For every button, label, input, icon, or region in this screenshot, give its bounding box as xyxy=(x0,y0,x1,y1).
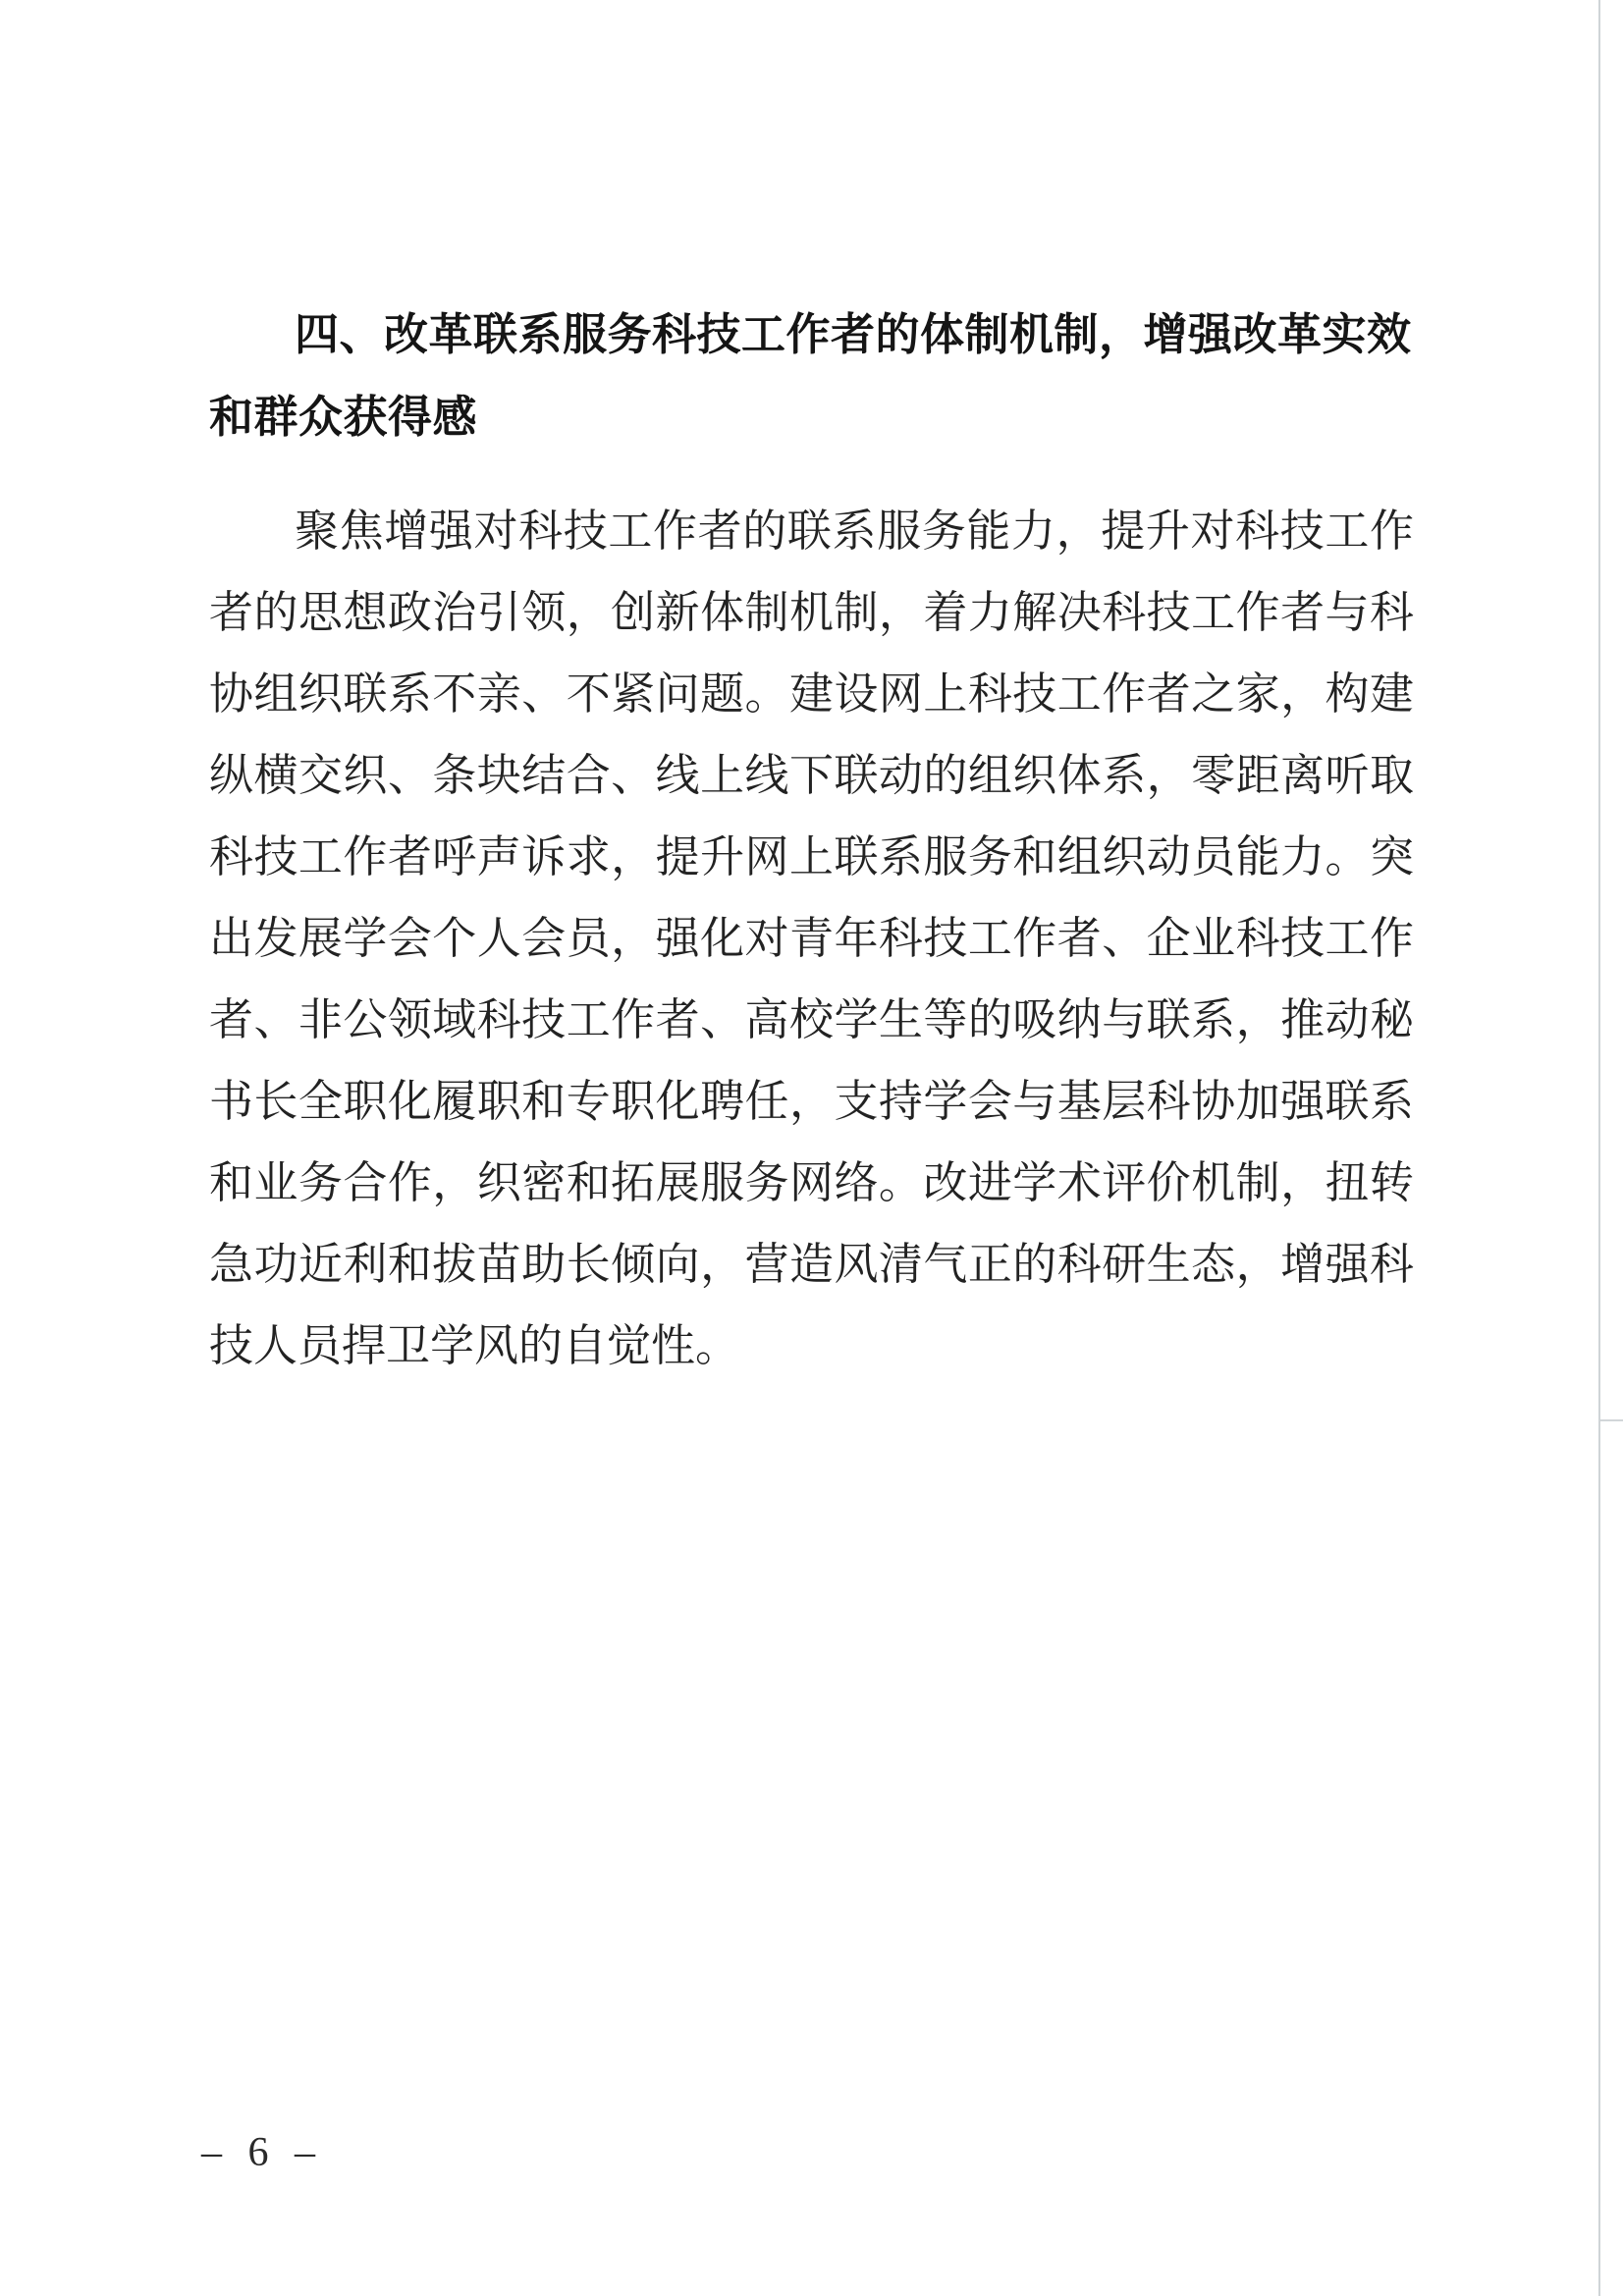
paragraph-line: 出发展学会个人会员，强化对青年科技工作者、企业科技工作 xyxy=(209,898,1414,980)
scan-edge-tick xyxy=(1600,1419,1623,1421)
paragraph-line: 协组织联系不亲、不紧问题。建设网上科技工作者之家，构建 xyxy=(209,654,1414,735)
paragraph-line: 纵横交织、条块结合、线上线下联动的组织体系，零距离听取 xyxy=(209,735,1414,817)
paragraph-line: 科技工作者呼声诉求，提升网上联系服务和组织动员能力。突 xyxy=(209,817,1414,898)
section-heading: 四、改革联系服务科技工作者的体制机制，增强改革实效和群众获得感 xyxy=(209,294,1414,458)
page-number: – 6 – xyxy=(201,2130,323,2175)
paragraph-line: 聚焦增强对科技工作者的联系服务能力，提升对科技工作 xyxy=(209,491,1414,572)
paragraph-line: 急功近利和拔苗助长倾向，营造风清气正的科研生态，增强科 xyxy=(209,1224,1414,1306)
body-paragraph: 聚焦增强对科技工作者的联系服务能力，提升对科技工作 者的思想政治引领，创新体制机… xyxy=(209,491,1414,1387)
scan-edge-line xyxy=(1598,0,1600,2296)
paragraph-line: 者的思想政治引领，创新体制机制，着力解决科技工作者与科 xyxy=(209,572,1414,654)
paragraph-line: 书长全职化履职和专职化聘任，支持学会与基层科协加强联系 xyxy=(209,1061,1414,1143)
document-page: 四、改革联系服务科技工作者的体制机制，增强改革实效和群众获得感 聚焦增强对科技工… xyxy=(0,0,1623,2296)
paragraph-line: 技人员捍卫学风的自觉性。 xyxy=(209,1306,1414,1387)
paragraph-line: 和业务合作，织密和拓展服务网络。改进学术评价机制，扭转 xyxy=(209,1143,1414,1224)
paragraph-line: 者、非公领域科技工作者、高校学生等的吸纳与联系，推动秘 xyxy=(209,980,1414,1061)
